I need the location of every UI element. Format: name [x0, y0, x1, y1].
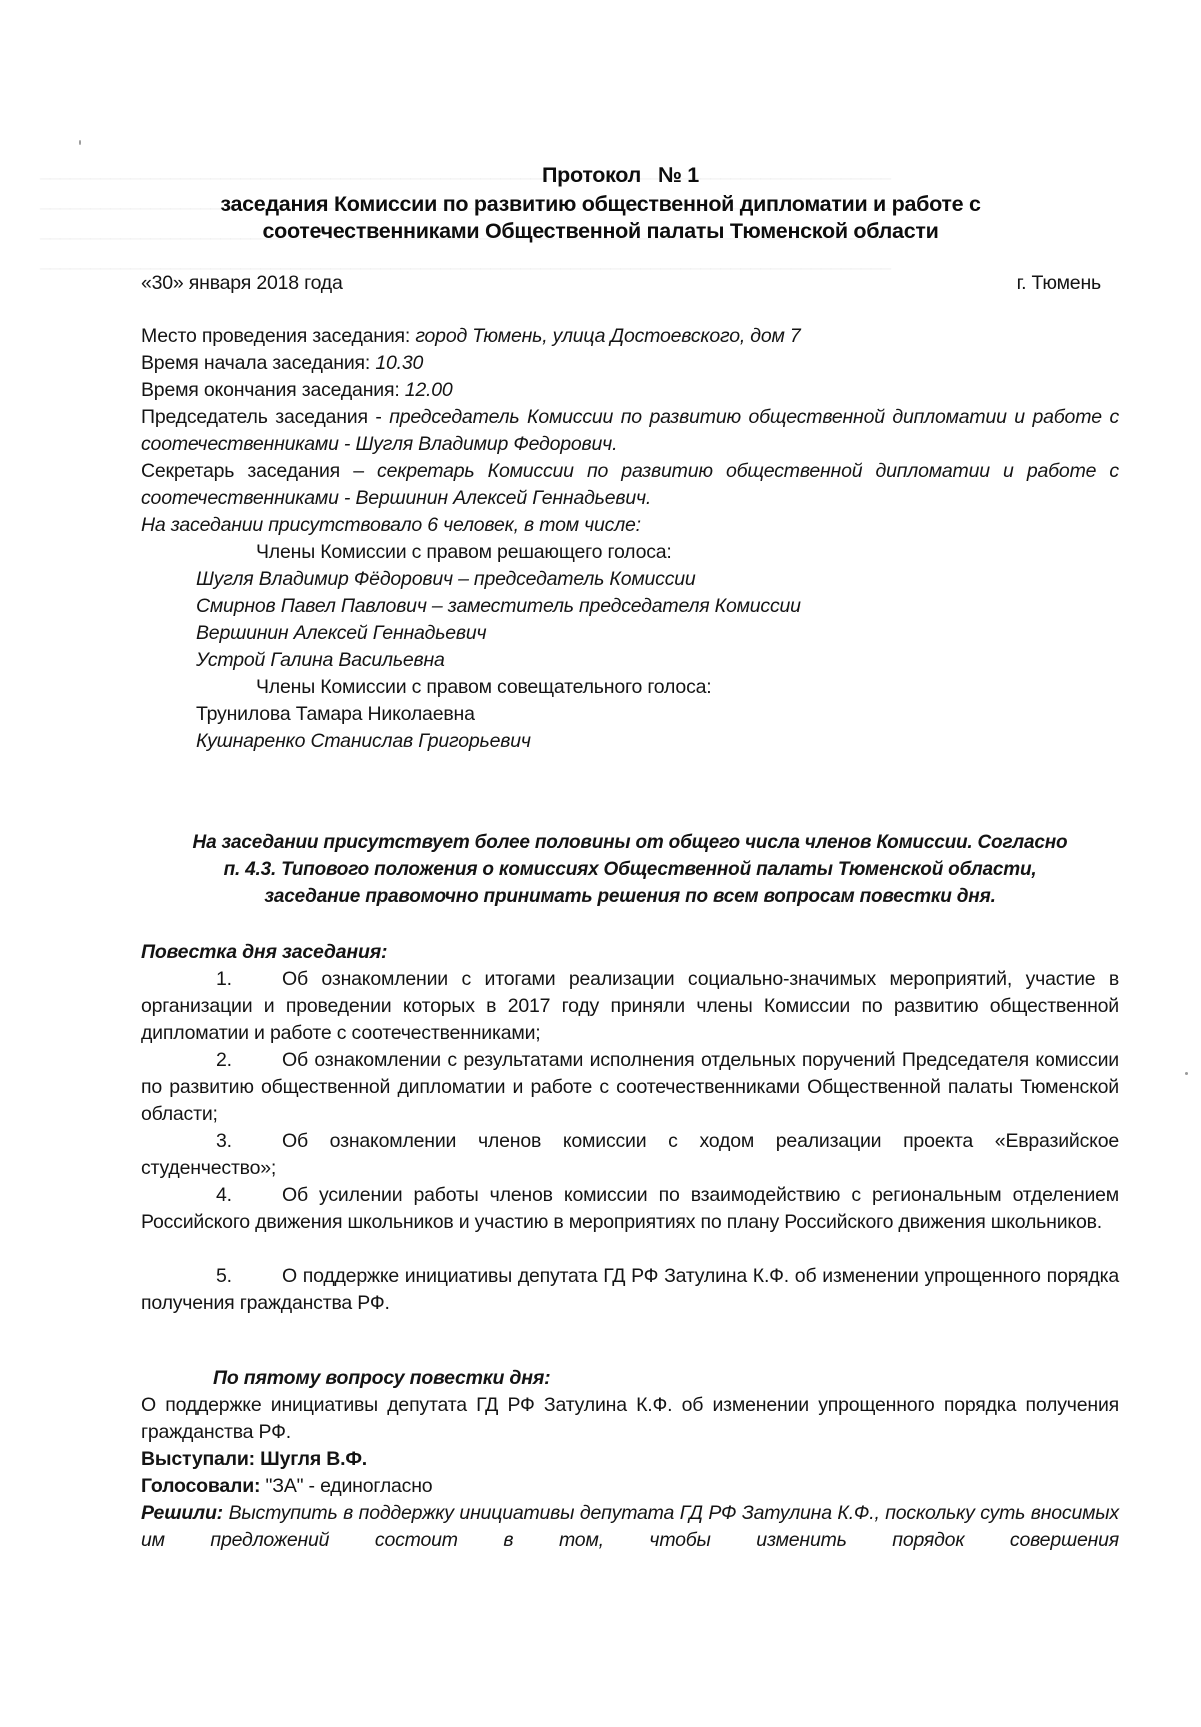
decision-label: Решили:: [141, 1502, 223, 1524]
end-time-value: 12.00: [400, 379, 453, 401]
agenda-item: 2.Об ознакомлении с результатами исполне…: [141, 1047, 1119, 1128]
agenda-item-number: 1.: [141, 966, 282, 993]
fifth-question-heading: По пятому вопросу повестки дня:: [213, 1365, 550, 1392]
start-time-value: 10.30: [370, 352, 423, 374]
quorum-statement-line-2: п. 4.3. Типового положения о комиссиях О…: [141, 856, 1119, 883]
venue-value: город Тюмень, улица Достоевского, дом 7: [410, 325, 800, 347]
scan-speck: [79, 140, 81, 145]
agenda-item-text: Об усилении работы членов комиссии по вз…: [141, 1184, 1119, 1233]
fifth-question-topic: О поддержке инициативы депутата ГД РФ За…: [141, 1392, 1119, 1446]
agenda-item-text: Об ознакомлении с результатами исполнени…: [141, 1049, 1119, 1125]
document-title: Протокол № 1: [0, 161, 1201, 189]
agenda-item-number: 3.: [141, 1128, 282, 1155]
agenda-item: 3.Об ознакомлении членов комиссии с ходо…: [141, 1128, 1119, 1182]
secretary-label: Секретарь заседания –: [141, 460, 377, 482]
document-subtitle-line-1: заседания Комиссии по развитию обществен…: [0, 190, 1201, 218]
venue-label: Место проведения заседания:: [141, 325, 410, 347]
start-time-line: Время начала заседания: 10.30: [141, 350, 423, 377]
secretary-paragraph: Секретарь заседания – секретарь Комиссии…: [141, 458, 1119, 512]
agenda-item: 1.Об ознакомлении с итогами реализации с…: [141, 966, 1119, 1047]
agenda-item-text: О поддержке инициативы депутата ГД РФ За…: [141, 1265, 1119, 1314]
quorum-statement-line-3: заседание правомочно принимать решения п…: [141, 883, 1119, 910]
speakers-line: Выступали: Шугля В.Ф.: [141, 1446, 367, 1473]
end-time-line: Время окончания заседания: 12.00: [141, 377, 453, 404]
decision-value: Выступить в поддержку инициативы депутат…: [141, 1502, 1119, 1551]
meeting-city: г. Тюмень: [1017, 270, 1101, 297]
advisory-member: Трунилова Тамара Николаевна: [196, 701, 475, 728]
agenda-item: 5.О поддержке инициативы депутата ГД РФ …: [141, 1263, 1119, 1317]
vote-line: Голосовали: "ЗА" - единогласно: [141, 1473, 432, 1500]
voting-member: Вершинин Алексей Геннадьевич: [196, 620, 486, 647]
speakers-value: Шугля В.Ф.: [255, 1448, 367, 1470]
end-time-label: Время окончания заседания:: [141, 379, 400, 401]
attendance-line: На заседании присутствовало 6 человек, в…: [141, 512, 641, 539]
start-time-label: Время начала заседания:: [141, 352, 370, 374]
agenda-item-text: Об ознакомлении с итогами реализации соц…: [141, 968, 1119, 1044]
meeting-date: «30» января 2018 года: [141, 270, 343, 297]
scanned-page: ________________________________________…: [0, 0, 1201, 1727]
venue-line: Место проведения заседания: город Тюмень…: [141, 323, 801, 350]
chairman-label: Председатель заседания -: [141, 406, 389, 428]
agenda-item-text: Об ознакомлении членов комиссии с ходом …: [141, 1130, 1119, 1179]
speakers-label: Выступали:: [141, 1448, 255, 1470]
document-subtitle-line-2: соотечественниками Общественной палаты Т…: [0, 217, 1201, 245]
voting-member: Смирнов Павел Павлович – заместитель пре…: [196, 593, 801, 620]
agenda-item-number: 2.: [141, 1047, 282, 1074]
agenda-item: 4.Об усилении работы членов комиссии по …: [141, 1182, 1119, 1236]
voting-member: Шугля Владимир Фёдорович – председатель …: [196, 566, 696, 593]
decision-paragraph: Решили: Выступить в поддержку инициативы…: [141, 1500, 1119, 1554]
scan-speck: [1185, 1072, 1188, 1075]
advisory-member: Кушнаренко Станислав Григорьевич: [196, 728, 531, 755]
vote-value: "ЗА" - единогласно: [260, 1475, 432, 1497]
chairman-paragraph: Председатель заседания - председатель Ко…: [141, 404, 1119, 458]
advisory-members-heading: Члены Комиссии с правом совещательного г…: [256, 674, 711, 701]
agenda-item-number: 4.: [141, 1182, 282, 1209]
quorum-statement-line-1: На заседании присутствует более половины…: [141, 829, 1119, 856]
vote-label: Голосовали:: [141, 1475, 260, 1497]
voting-member: Устрой Галина Васильевна: [196, 647, 445, 674]
voting-members-heading: Члены Комиссии с правом решающего голоса…: [256, 539, 672, 566]
agenda-item-number: 5.: [141, 1263, 282, 1290]
bleed-through-text: ________________________________________…: [40, 250, 891, 271]
agenda-heading: Повестка дня заседания:: [141, 939, 387, 966]
